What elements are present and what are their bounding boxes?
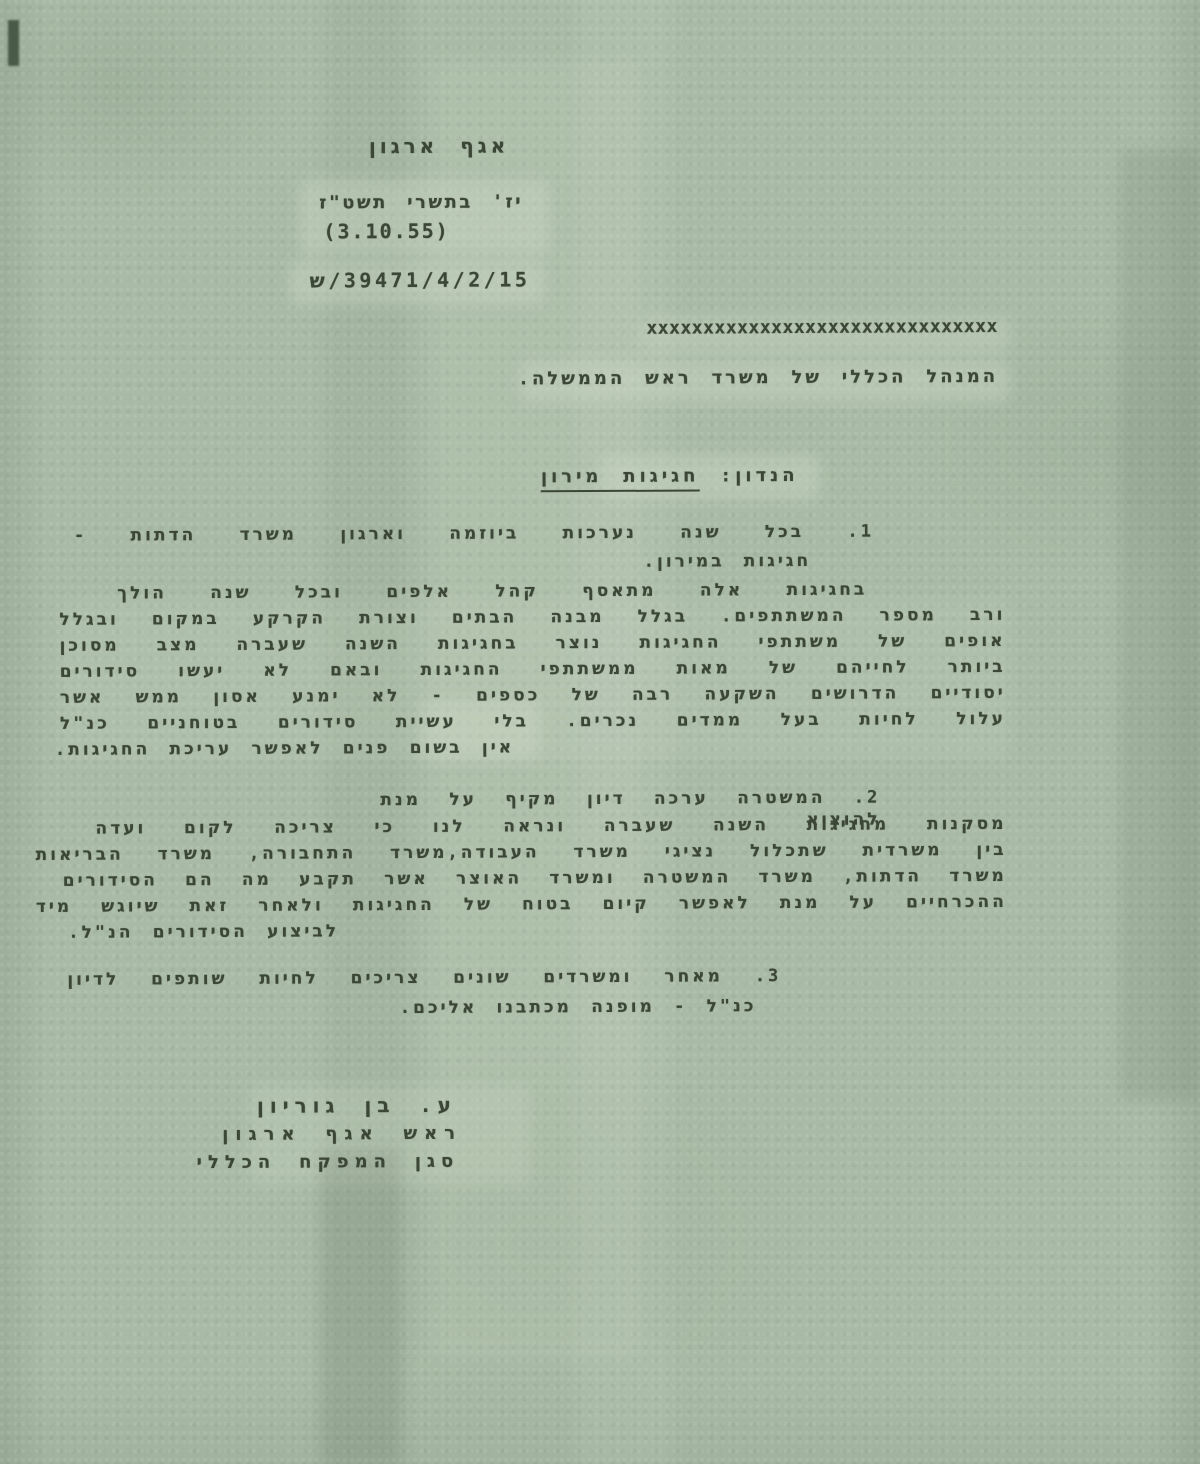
- addressee-line: המנהל הכללי של משרד ראש הממשלה.: [518, 366, 998, 391]
- document-page: אגף ארגון יז' בתשרי תשט"ז (3.10.55) 3947…: [0, 0, 1200, 1464]
- para1-line8: עלול לחיות בעל ממדים נכרים. בלי עשיית סי…: [60, 708, 1006, 735]
- redaction-strikeout: xxxxxxxxxxxxxxxxxxxxxxxxxxxxxxx: [646, 316, 998, 340]
- department-line: אגף ארגון: [369, 134, 509, 157]
- gregorian-date: (3.10.55): [323, 220, 449, 243]
- subject-line: הנדון: חגיגות מירון: [541, 465, 799, 488]
- para1-line9: אין בשום פנים לאפשר עריכת החגיגות.: [62, 736, 514, 760]
- subject-title: חגיגות מירון: [541, 465, 700, 492]
- para3-line2: כנ"ל - מופנה מכתבנו אליכם.: [408, 995, 756, 1019]
- para1-line3: בחגיגות אלה מתאסף קהל אלפים ובכל שנה הול…: [117, 579, 867, 605]
- signature-name: ע. בן גוריון: [257, 1094, 457, 1117]
- letter-content: אגף ארגון יז' בתשרי תשט"ז (3.10.55) 3947…: [0, 0, 1200, 1464]
- signature-title-2: סגן המפקח הכללי: [197, 1151, 460, 1174]
- para1-line1: 1. בכל שנה נערכות ביוזמה וארגון משרד הדת…: [74, 521, 874, 547]
- para2-line5: ההכרחיים על מנת לאפשר קיום בטוח של החגיג…: [36, 891, 1007, 918]
- para1-line4: ורב מספר המשתתפים. בגלל מבנה הבתים וצורת…: [59, 604, 1005, 631]
- para1-line2: חגיגות במירון.: [606, 550, 811, 573]
- reference-number: 39471/4/2/15/ש: [310, 268, 531, 291]
- para2-line4: משרד הדתות, משרד המשטרה ומשרד האוצר אשר …: [63, 865, 1007, 892]
- para1-line5: אופים של משתתפי החגיגות נוצר בחגיגות השנ…: [59, 630, 1005, 657]
- para2-line2: מסקנות מחגיגות השנה שעברה ונראה לנו כי צ…: [95, 813, 1006, 840]
- hebrew-date: יז' בתשרי תשט"ז: [319, 191, 523, 214]
- para1-line6: ביותר לחייהם של מאות ממשתתפי החגיגות ובא…: [60, 656, 1006, 683]
- signature-title-1: ראש אגף ארגון: [222, 1123, 462, 1146]
- para3-line1: 3. מאחר ומשרדים שונים צריכים לחיות שותפי…: [67, 965, 781, 991]
- subject-label: הנדון:: [720, 465, 798, 486]
- para2-line6: לביצוע הסידורים הנ"ל.: [49, 920, 339, 944]
- para1-line7: יסודיים הדרושים השקעה רבה של כספים - לא …: [60, 682, 1006, 709]
- para2-line3: בין משרדית שתכלול נציגי משרד העבודה,משרד…: [36, 839, 1007, 866]
